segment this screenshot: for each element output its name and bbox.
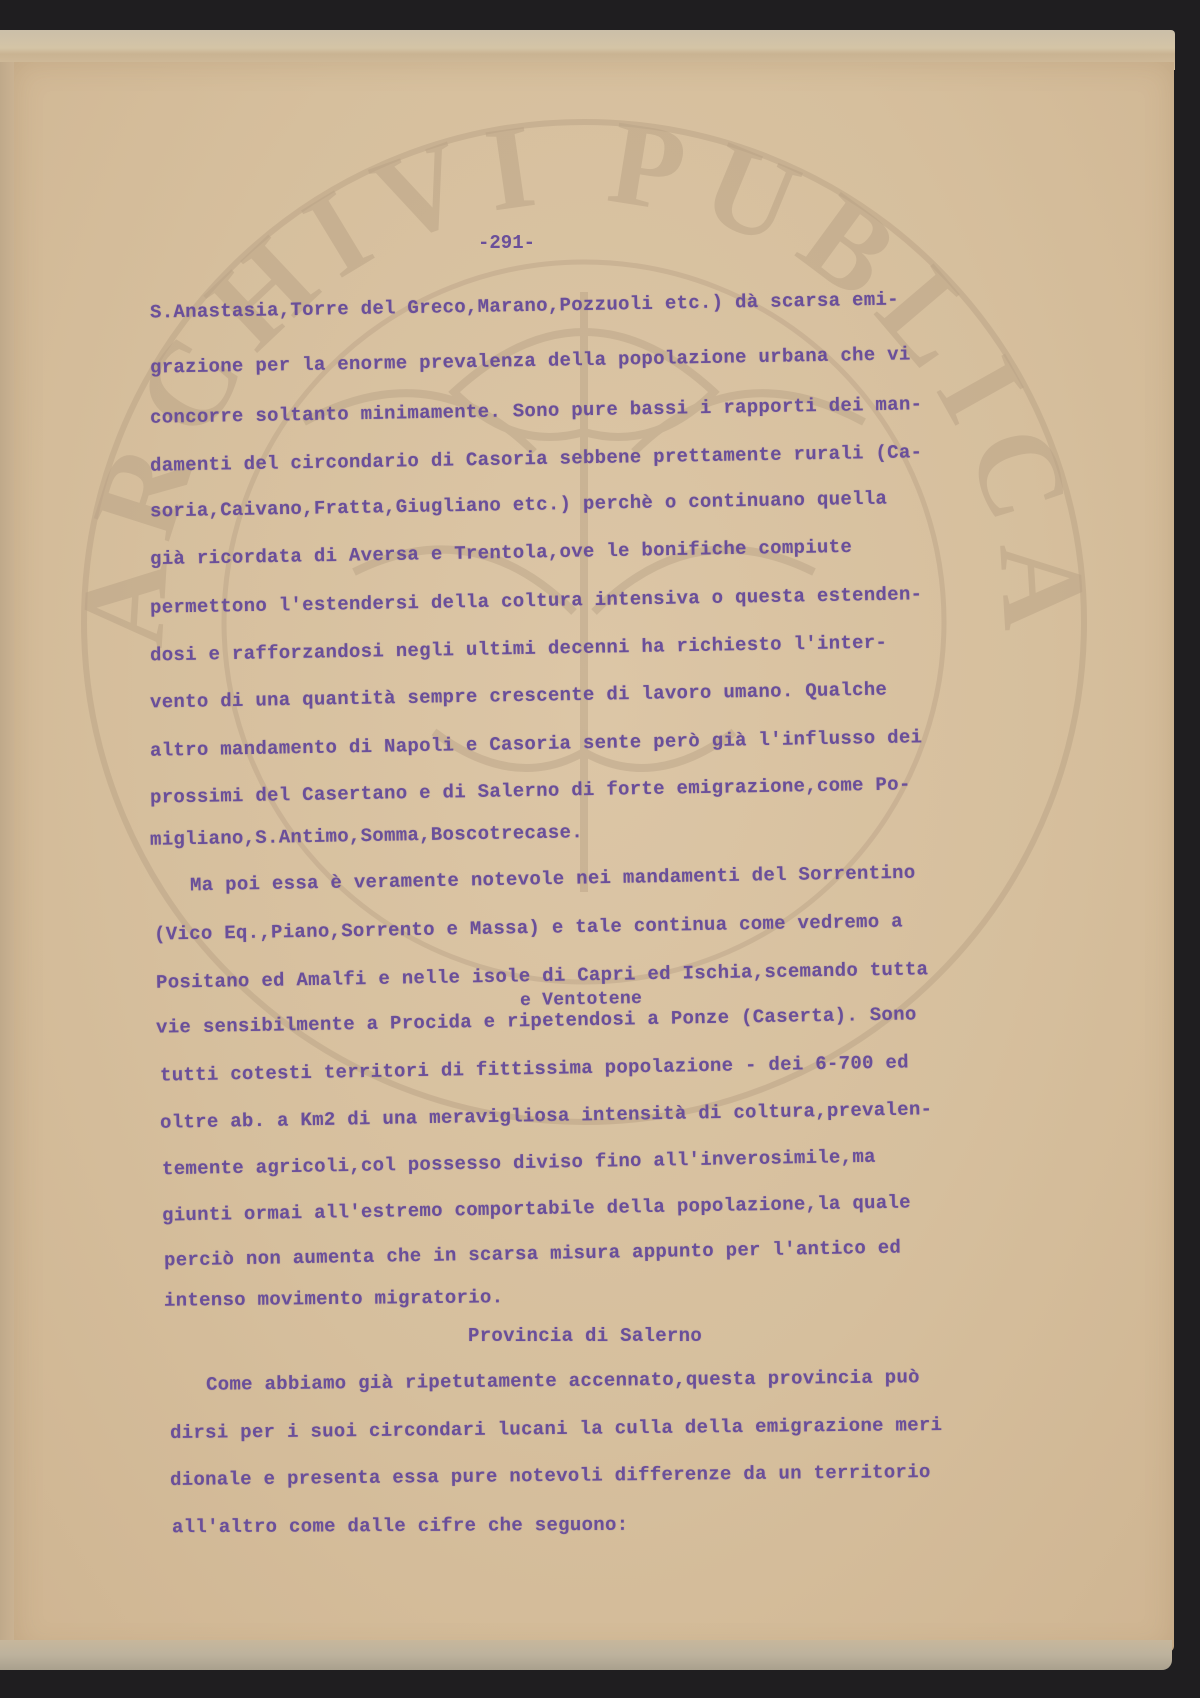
document-scan: ARCHIVI PUBLICA -291- S.Anastasia,Torre … [0,0,1200,1698]
text-line: intenso movimento migratorio. [164,1286,504,1312]
page-stack-bottom-edge [0,1640,1172,1670]
text-line: all'altro come dalle cifre che seguono: [172,1514,628,1538]
page-number: -291- [478,232,535,254]
section-heading: Provincia di Salerno [468,1325,702,1347]
